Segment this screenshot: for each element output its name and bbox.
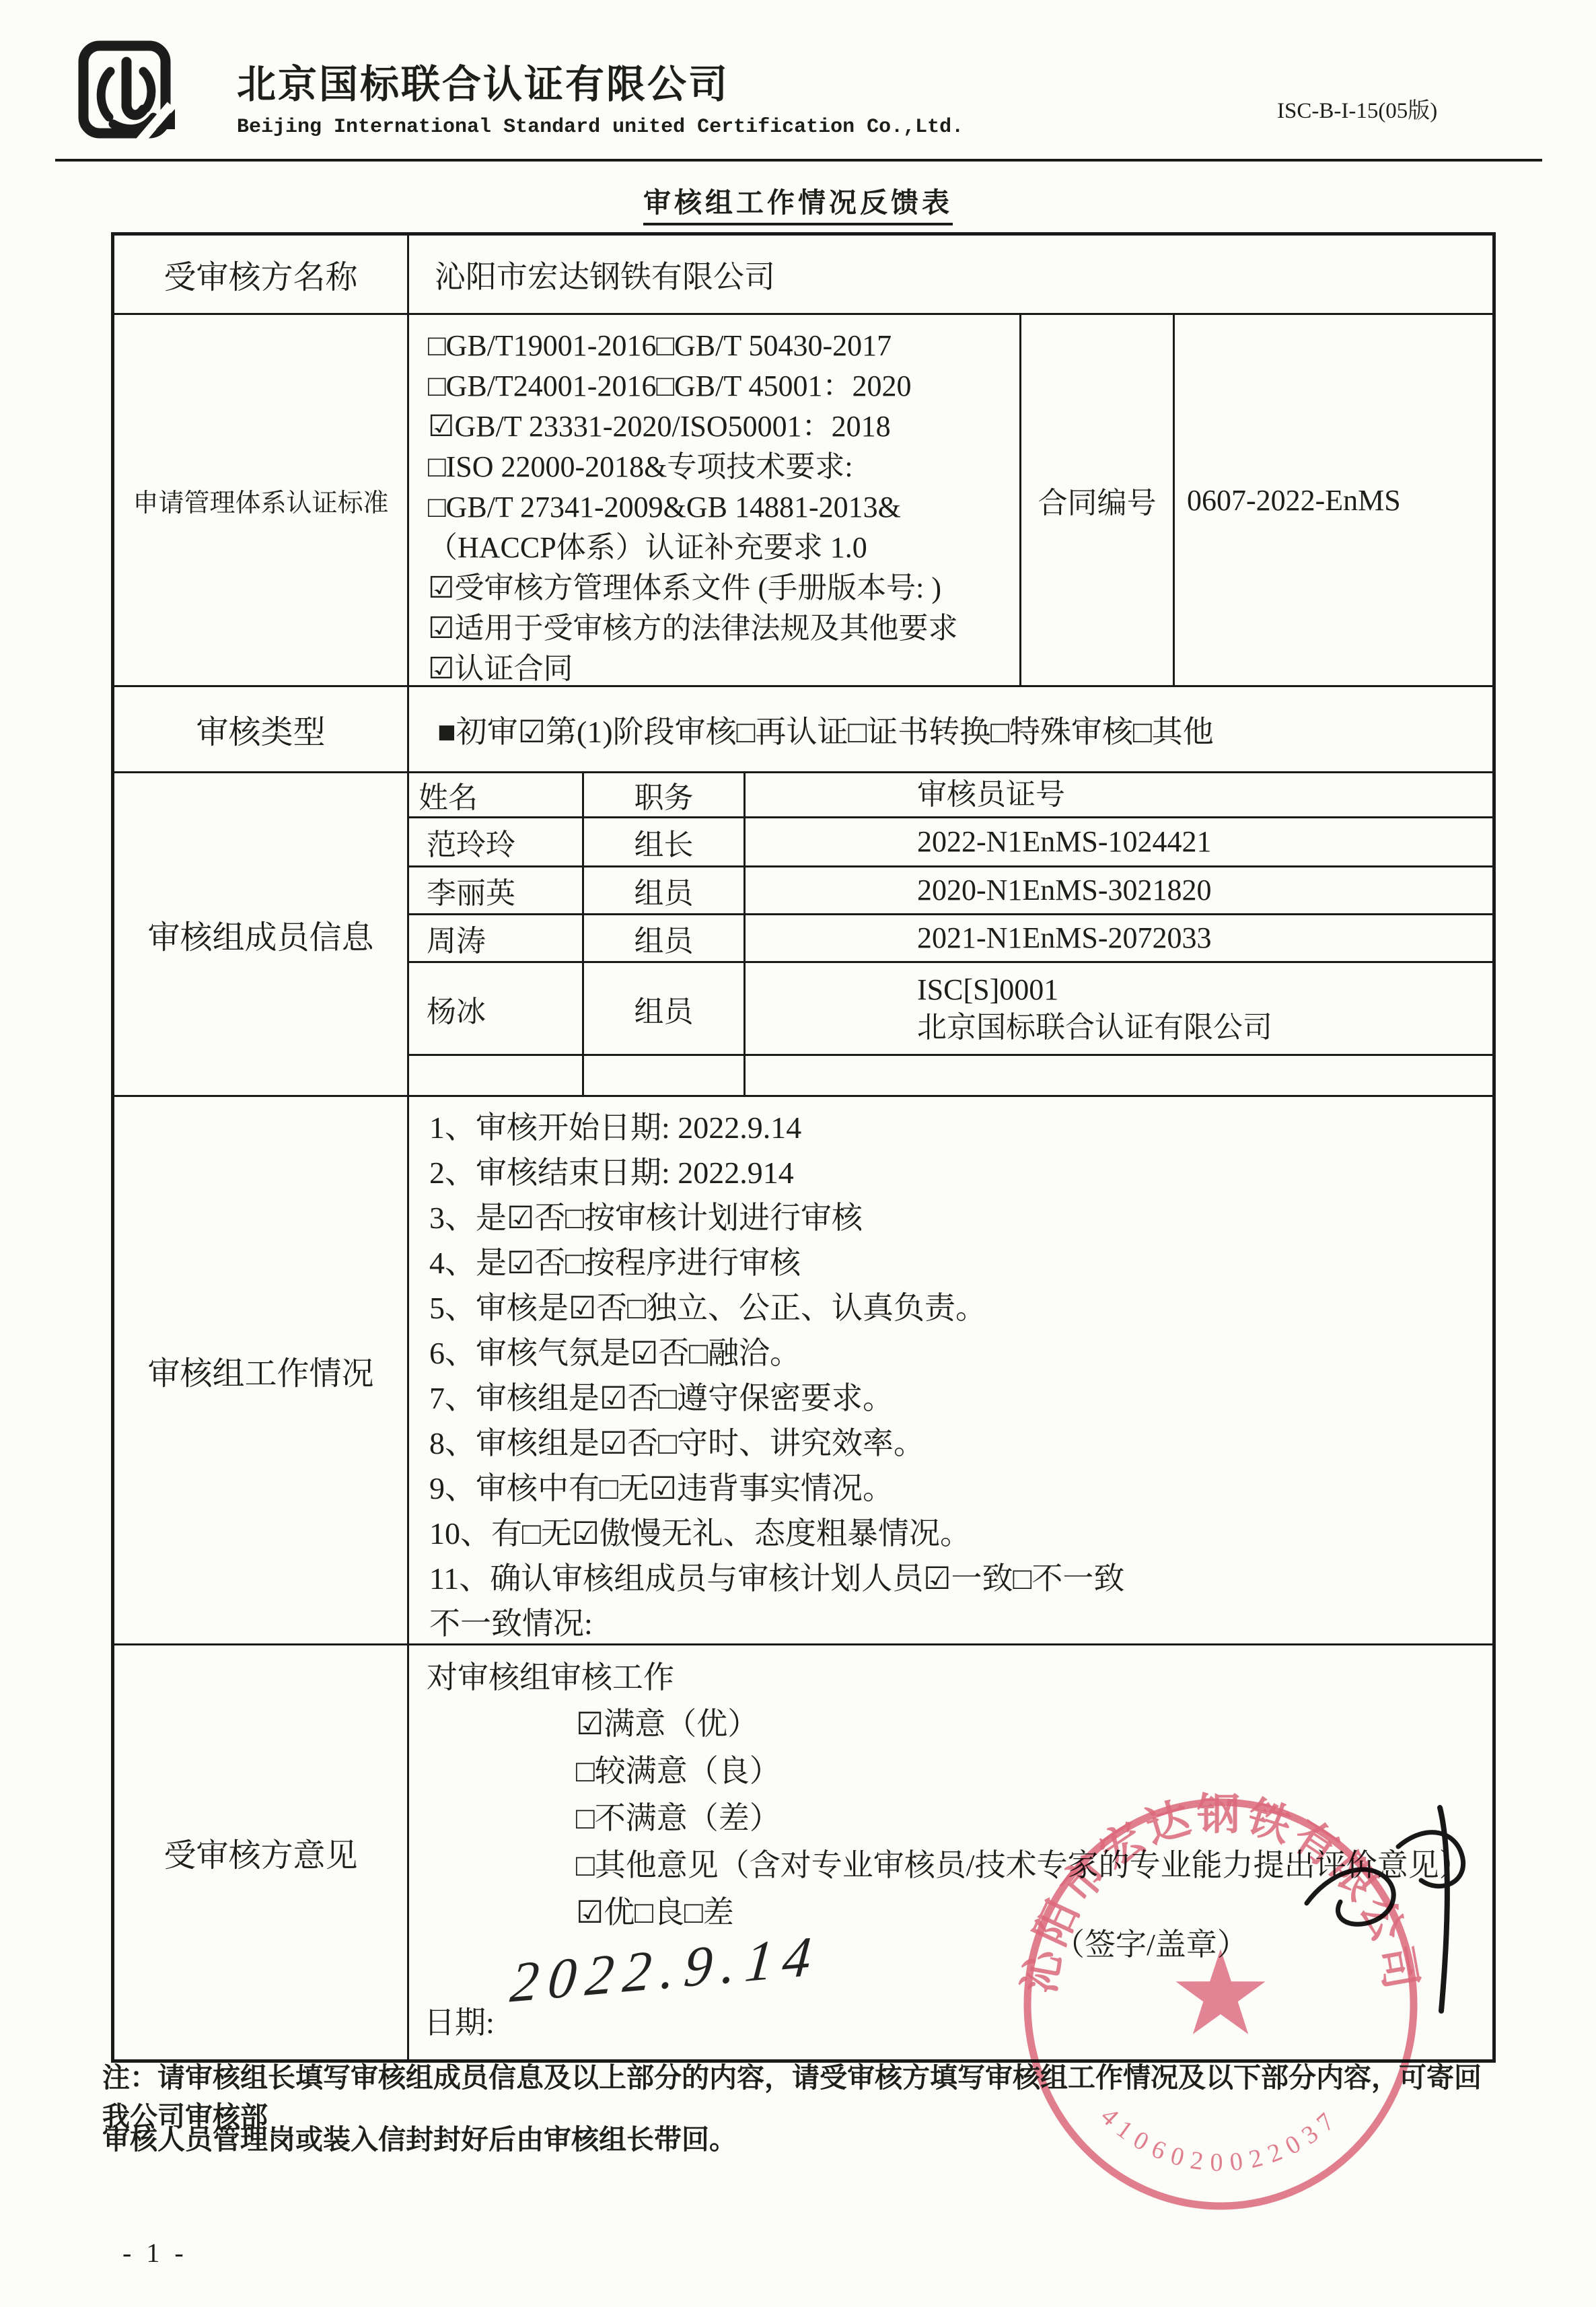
member-role: 组员 xyxy=(582,867,743,913)
standard-item: ☑适用于受审核方的法律法规及其他要求 xyxy=(428,608,1015,649)
member-cert-line1: ISC[S]0001 xyxy=(917,971,1492,1009)
auditee-value: 沁阳市宏达钢铁有限公司 xyxy=(407,236,1492,313)
member-role: 组员 xyxy=(582,915,743,961)
row-work-situation: 审核组工作情况 1、审核开始日期: 2022.9.14 2、审核结束日期: 20… xyxy=(114,1095,1492,1643)
scanned-form-page: 北京国标联合认证有限公司 Beijing International Stand… xyxy=(0,0,1596,2307)
row-team: 审核组成员信息 姓名 职务 审核员证号 范玲玲 组长 2022-N1EnMS-1… xyxy=(114,771,1492,1095)
team-row-empty xyxy=(409,1054,1492,1095)
row-auditee: 受审核方名称 沁阳市宏达钢铁有限公司 xyxy=(114,236,1492,313)
member-name: 周涛 xyxy=(409,915,582,961)
member-cert xyxy=(743,1056,1492,1095)
audit-type-label: 审核类型 xyxy=(114,687,407,771)
standard-item: ☑认证合同 xyxy=(428,649,1015,689)
work-item: 1、审核开始日期: 2022.9.14 xyxy=(429,1105,1492,1150)
standard-item: □GB/T 27341-2009&GB 14881-2013&（HACCP体系）… xyxy=(428,487,1015,568)
company-name-en: Beijing International Standard united Ce… xyxy=(237,116,964,139)
member-name: 范玲玲 xyxy=(409,818,582,865)
team-row: 杨冰 组员 ISC[S]0001 北京国标联合认证有限公司 xyxy=(409,961,1492,1054)
standards-checklist: □GB/T19001-2016□GB/T 50430-2017 □GB/T240… xyxy=(407,315,1019,685)
team-row: 李丽英 组员 2020-N1EnMS-3021820 xyxy=(409,865,1492,913)
team-subtable: 姓名 职务 审核员证号 范玲玲 组长 2022-N1EnMS-1024421 李… xyxy=(407,773,1492,1095)
header-divider xyxy=(55,159,1542,162)
standard-item: □GB/T24001-2016□GB/T 45001：2020 xyxy=(428,366,1015,406)
team-row: 周涛 组员 2021-N1EnMS-2072033 xyxy=(409,913,1492,961)
col-header-name: 姓名 xyxy=(409,773,582,816)
work-item: 7、审核组是☑否□遵守保密要求。 xyxy=(429,1376,1492,1421)
work-label: 审核组工作情况 xyxy=(114,1097,407,1643)
contract-number-value: 0607-2022-EnMS xyxy=(1173,315,1492,685)
member-role: 组长 xyxy=(582,818,743,865)
standard-item: ☑GB/T 23331-2020/ISO50001：2018 xyxy=(428,406,1015,447)
standard-item: ☑受审核方管理体系文件 (手册版本号: ) xyxy=(428,568,1015,608)
company-name-cn: 北京国标联合认证有限公司 xyxy=(237,52,729,109)
row-standards: 申请管理体系认证标准 □GB/T19001-2016□GB/T 50430-20… xyxy=(114,313,1492,685)
member-cert: ISC[S]0001 北京国标联合认证有限公司 xyxy=(743,963,1492,1054)
seal-star-icon xyxy=(1175,1949,1265,2034)
member-cert: 2022-N1EnMS-1024421 xyxy=(743,818,1492,865)
company-seal-stamp: 沁阳市宏达钢铁有限公司 4106020022037 xyxy=(1004,1782,1448,2240)
document-title: 审核组工作情况反馈表 xyxy=(0,180,1596,225)
member-cert-line2: 北京国标联合认证有限公司 xyxy=(917,1009,1492,1046)
work-item: 10、有□无☑傲慢无礼、态度粗暴情况。 xyxy=(429,1511,1492,1556)
standard-item: □ISO 22000-2018&专项技术要求: xyxy=(428,447,1015,487)
member-name xyxy=(409,1056,582,1095)
form-code: ISC-B-I-15(05版) xyxy=(1277,93,1437,125)
opinion-option: ☑满意（优） xyxy=(409,1701,1492,1748)
standard-item: □GB/T19001-2016□GB/T 50430-2017 xyxy=(428,326,1015,366)
contract-number-label: 合同编号 xyxy=(1019,315,1173,685)
auditee-label: 受审核方名称 xyxy=(114,236,407,313)
member-role: 组员 xyxy=(582,963,743,1054)
work-item: 11、确认审核组成员与审核计划人员☑一致□不一致 xyxy=(429,1556,1492,1601)
work-item: 4、是☑否□按程序进行审核 xyxy=(429,1240,1492,1285)
work-item: 5、审核是☑否□独立、公正、认真负责。 xyxy=(429,1285,1492,1330)
col-header-cert: 审核员证号 xyxy=(743,773,1492,816)
work-item: 6、审核气氛是☑否□融洽。 xyxy=(429,1330,1492,1376)
work-item: 8、审核组是☑否□守时、讲究效率。 xyxy=(429,1421,1492,1466)
member-name: 李丽英 xyxy=(409,867,582,913)
audit-type-value: ■初审☑第(1)阶段审核□再认证□证书转换□特殊审核□其他 xyxy=(407,687,1492,771)
opinion-intro: 对审核组审核工作 xyxy=(409,1645,1492,1701)
team-label: 审核组成员信息 xyxy=(114,773,407,1095)
work-item: 3、是☑否□按审核计划进行审核 xyxy=(429,1195,1492,1240)
member-cert: 2021-N1EnMS-2072033 xyxy=(743,915,1492,961)
standards-label: 申请管理体系认证标准 xyxy=(114,315,407,685)
work-item: 不一致情况: xyxy=(429,1601,1492,1646)
date-label: 日期: xyxy=(424,1998,495,2043)
work-item: 2、审核结束日期: 2022.914 xyxy=(429,1150,1492,1195)
member-cert: 2020-N1EnMS-3021820 xyxy=(743,867,1492,913)
certification-body-logo-icon xyxy=(75,35,176,149)
opinion-label: 受审核方意见 xyxy=(114,1645,407,2059)
work-checklist: 1、审核开始日期: 2022.9.14 2、审核结束日期: 2022.914 3… xyxy=(407,1097,1492,1643)
work-item: 9、审核中有□无☑违背事实情况。 xyxy=(429,1466,1492,1511)
member-role xyxy=(582,1056,743,1095)
team-row: 范玲玲 组长 2022-N1EnMS-1024421 xyxy=(409,816,1492,865)
team-header-row: 姓名 职务 审核员证号 xyxy=(409,773,1492,816)
col-header-role: 职务 xyxy=(582,773,743,816)
page-number: - 1 - xyxy=(122,2237,188,2269)
footer-note-line2: 审核人员管理岗或装入信封封好后由审核组长带回。 xyxy=(102,2117,1509,2157)
member-name: 杨冰 xyxy=(409,963,582,1054)
row-audit-type: 审核类型 ■初审☑第(1)阶段审核□再认证□证书转换□特殊审核□其他 xyxy=(114,685,1492,771)
